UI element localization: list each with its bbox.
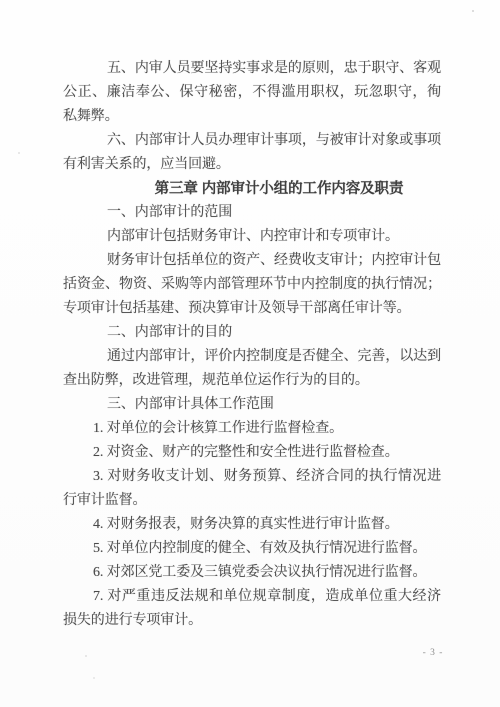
text-line: 7. 对严重违反法规和单位规章制度，造成单位重大经济	[63, 585, 441, 609]
text-line: 行审计监督。	[63, 489, 441, 513]
scan-speck	[472, 10, 474, 12]
text-line: 一、内部审计的范围	[63, 201, 441, 225]
text-line: 查出防弊，改进管理，规范单位运作行为的目的。	[63, 369, 441, 393]
text-line: 六、内部审计人员办理审计事项，与被审计对象或事项	[63, 129, 441, 153]
scan-speck	[93, 677, 95, 679]
text-line: 三、内部审计具体工作范围	[63, 393, 441, 417]
text-line: 2. 对资金、财产的完整性和安全性进行监督检查。	[63, 441, 441, 465]
scan-speck	[85, 655, 87, 657]
document-content: 五、内审人员要坚持实事求是的原则，忠于职守、客观公正、廉洁奉公、保守秘密，不得滥…	[63, 57, 441, 633]
text-line: 6. 对郊区党工委及三镇党委会决议执行情况进行监督。	[63, 561, 441, 585]
document-page: 五、内审人员要坚持实事求是的原则，忠于职守、客观公正、廉洁奉公、保守秘密，不得滥…	[0, 0, 500, 707]
text-line: 五、内审人员要坚持实事求是的原则，忠于职守、客观	[63, 57, 441, 81]
text-line: 内部审计包括财务审计、内控审计和专项审计。	[63, 225, 441, 249]
text-line: 专项审计包括基建、预决算审计及领导干部离任审计等。	[63, 297, 441, 321]
text-line: 通过内部审计，评价内控制度是否健全、完善，以达到	[63, 345, 441, 369]
chapter-heading: 第三章 内部审计小组的工作内容及职责	[63, 177, 441, 201]
text-line: 有利害关系的，应当回避。	[63, 153, 441, 177]
text-line: 5. 对单位内控制度的健全、有效及执行情况进行监督。	[63, 537, 441, 561]
text-line: 4. 对财务报表，财务决算的真实性进行审计监督。	[63, 513, 441, 537]
scan-speck	[18, 152, 20, 154]
text-line: 公正、廉洁奉公、保守秘密，不得滥用职权，玩忽职守，徇	[63, 81, 441, 105]
text-line: 3. 对财务收支计划、财务预算、经济合同的执行情况进	[63, 465, 441, 489]
page-number: - 3 -	[413, 648, 453, 658]
text-line: 私舞弊。	[63, 105, 441, 129]
text-line: 括资金、物资、采购等内部管理环节中内控制度的执行情况；	[63, 273, 441, 297]
text-line: 二、内部审计的目的	[63, 321, 441, 345]
text-line: 财务审计包括单位的资产、经费收支审计；内控审计包	[63, 249, 441, 273]
text-line: 损失的进行专项审计。	[63, 609, 441, 633]
text-line: 1. 对单位的会计核算工作进行监督检查。	[63, 417, 441, 441]
